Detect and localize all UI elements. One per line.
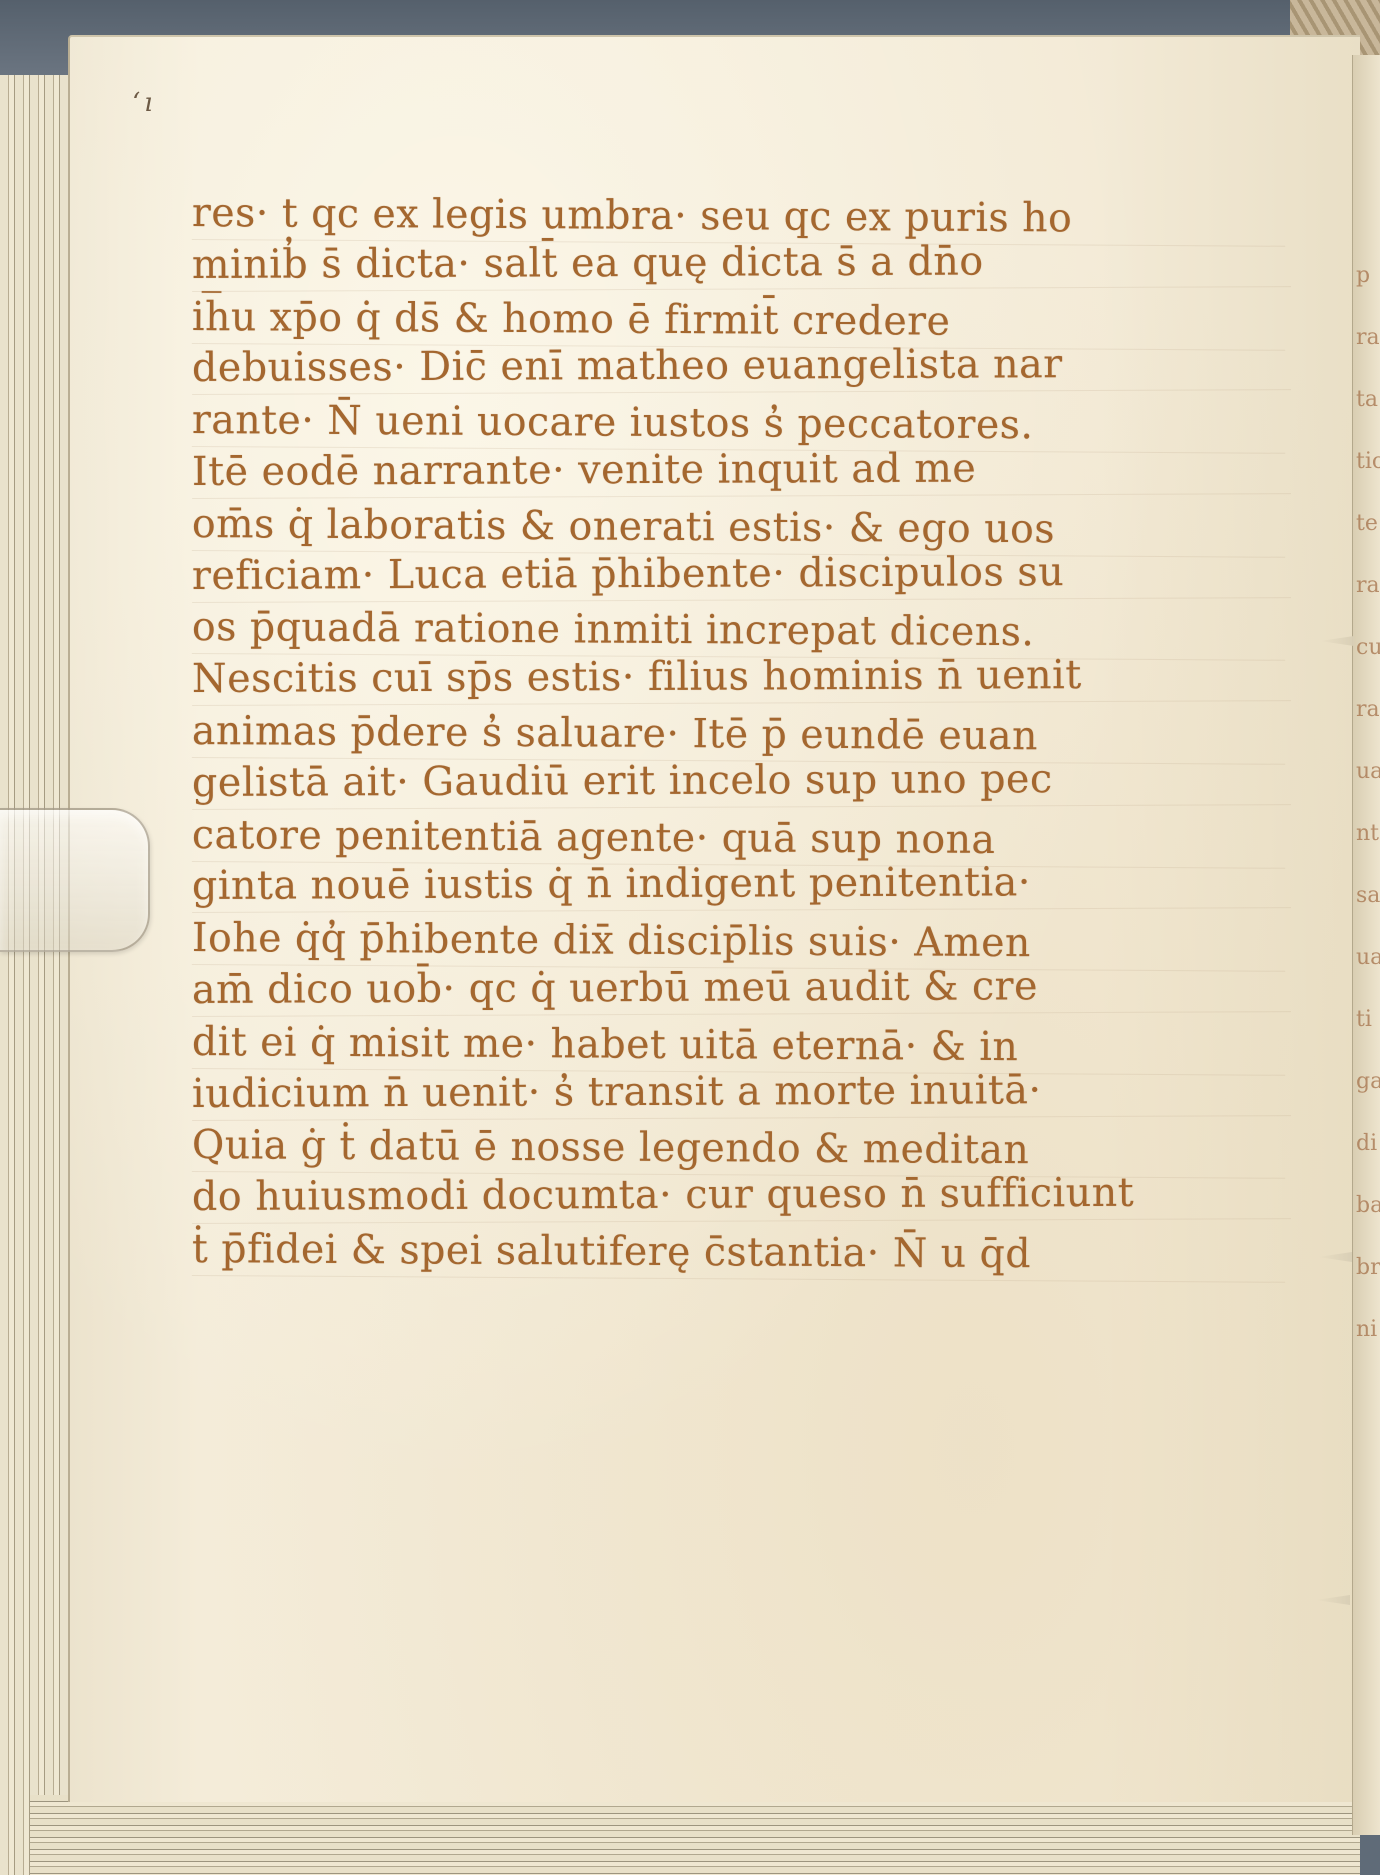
- facing-leaf-fragment: ba: [1353, 1175, 1380, 1237]
- text-line: am̄ dico uob̄· qc q̇ uerbū meū audit &…: [192, 960, 1291, 1017]
- page-edges-left: [0, 75, 70, 1875]
- facing-leaf-fragment: te: [1353, 493, 1380, 555]
- facing-leaf-fragment: ta: [1353, 369, 1380, 431]
- facing-leaf-fragment: ra: [1353, 555, 1380, 617]
- text-line: do huiusmodi documta· cur queso n̄ suffi…: [192, 1167, 1291, 1224]
- facing-leaf-fragment: di: [1353, 1113, 1380, 1175]
- facing-leaf-fragment: ua: [1353, 741, 1380, 803]
- facing-leaf-fragment: tio: [1353, 431, 1380, 493]
- facing-leaf-fragment: ga: [1353, 1051, 1380, 1113]
- facing-leaf-fragment: ra: [1353, 307, 1380, 369]
- text-line: ṫ p̄fidei & spei salutiferę c̄stantia·…: [192, 1224, 1286, 1283]
- facing-leaf-fragment: br: [1353, 1237, 1380, 1299]
- text-line: Nescitis cuī sp̄s estis· filius hominis…: [192, 649, 1291, 706]
- text-line: gelistā ait· Gaudiū erit incelo sup un…: [192, 753, 1291, 810]
- text-line: debuisses· Dic̄ enī matheo euangelista …: [192, 339, 1291, 396]
- folio-mark: ʻı: [132, 88, 157, 118]
- facing-leaf-fragment: p: [1353, 245, 1380, 307]
- facing-leaf-fragment: ra: [1353, 679, 1380, 741]
- text-line: Itē eodē narrante· venite inquit ad me: [192, 442, 1291, 499]
- facing-leaf-fragment: ua: [1353, 927, 1380, 989]
- facing-leaf-fragment: nt: [1353, 803, 1380, 865]
- page-clip: [0, 808, 150, 952]
- text-line: iudicium n̄ uenit· s̓ transit a morte in…: [192, 1064, 1291, 1121]
- facing-leaf-fragment: ni: [1353, 1299, 1380, 1361]
- facing-leaf-fragment: sa: [1353, 865, 1380, 927]
- facing-leaf-fragment: cu: [1353, 617, 1380, 679]
- facing-leaf-fragment: ti: [1353, 989, 1380, 1051]
- manuscript-text: res· t qc ex legis umbra· seu qc ex puri…: [192, 188, 1302, 1276]
- page-edges-bottom: [30, 1795, 1360, 1875]
- text-line: ginta nouē iustis q̇ n̄ indigent penite…: [192, 857, 1291, 914]
- text-line: reficiam· Luca etiā p̄hibente· discipul…: [192, 546, 1291, 603]
- text-line: minib̓ s̄ dicta· salt̄ ea quę dicta s̄ …: [192, 235, 1291, 292]
- facing-leaf-edge: p ra ta tio te ra cu ra ua nt sa ua ti g…: [1352, 55, 1380, 1835]
